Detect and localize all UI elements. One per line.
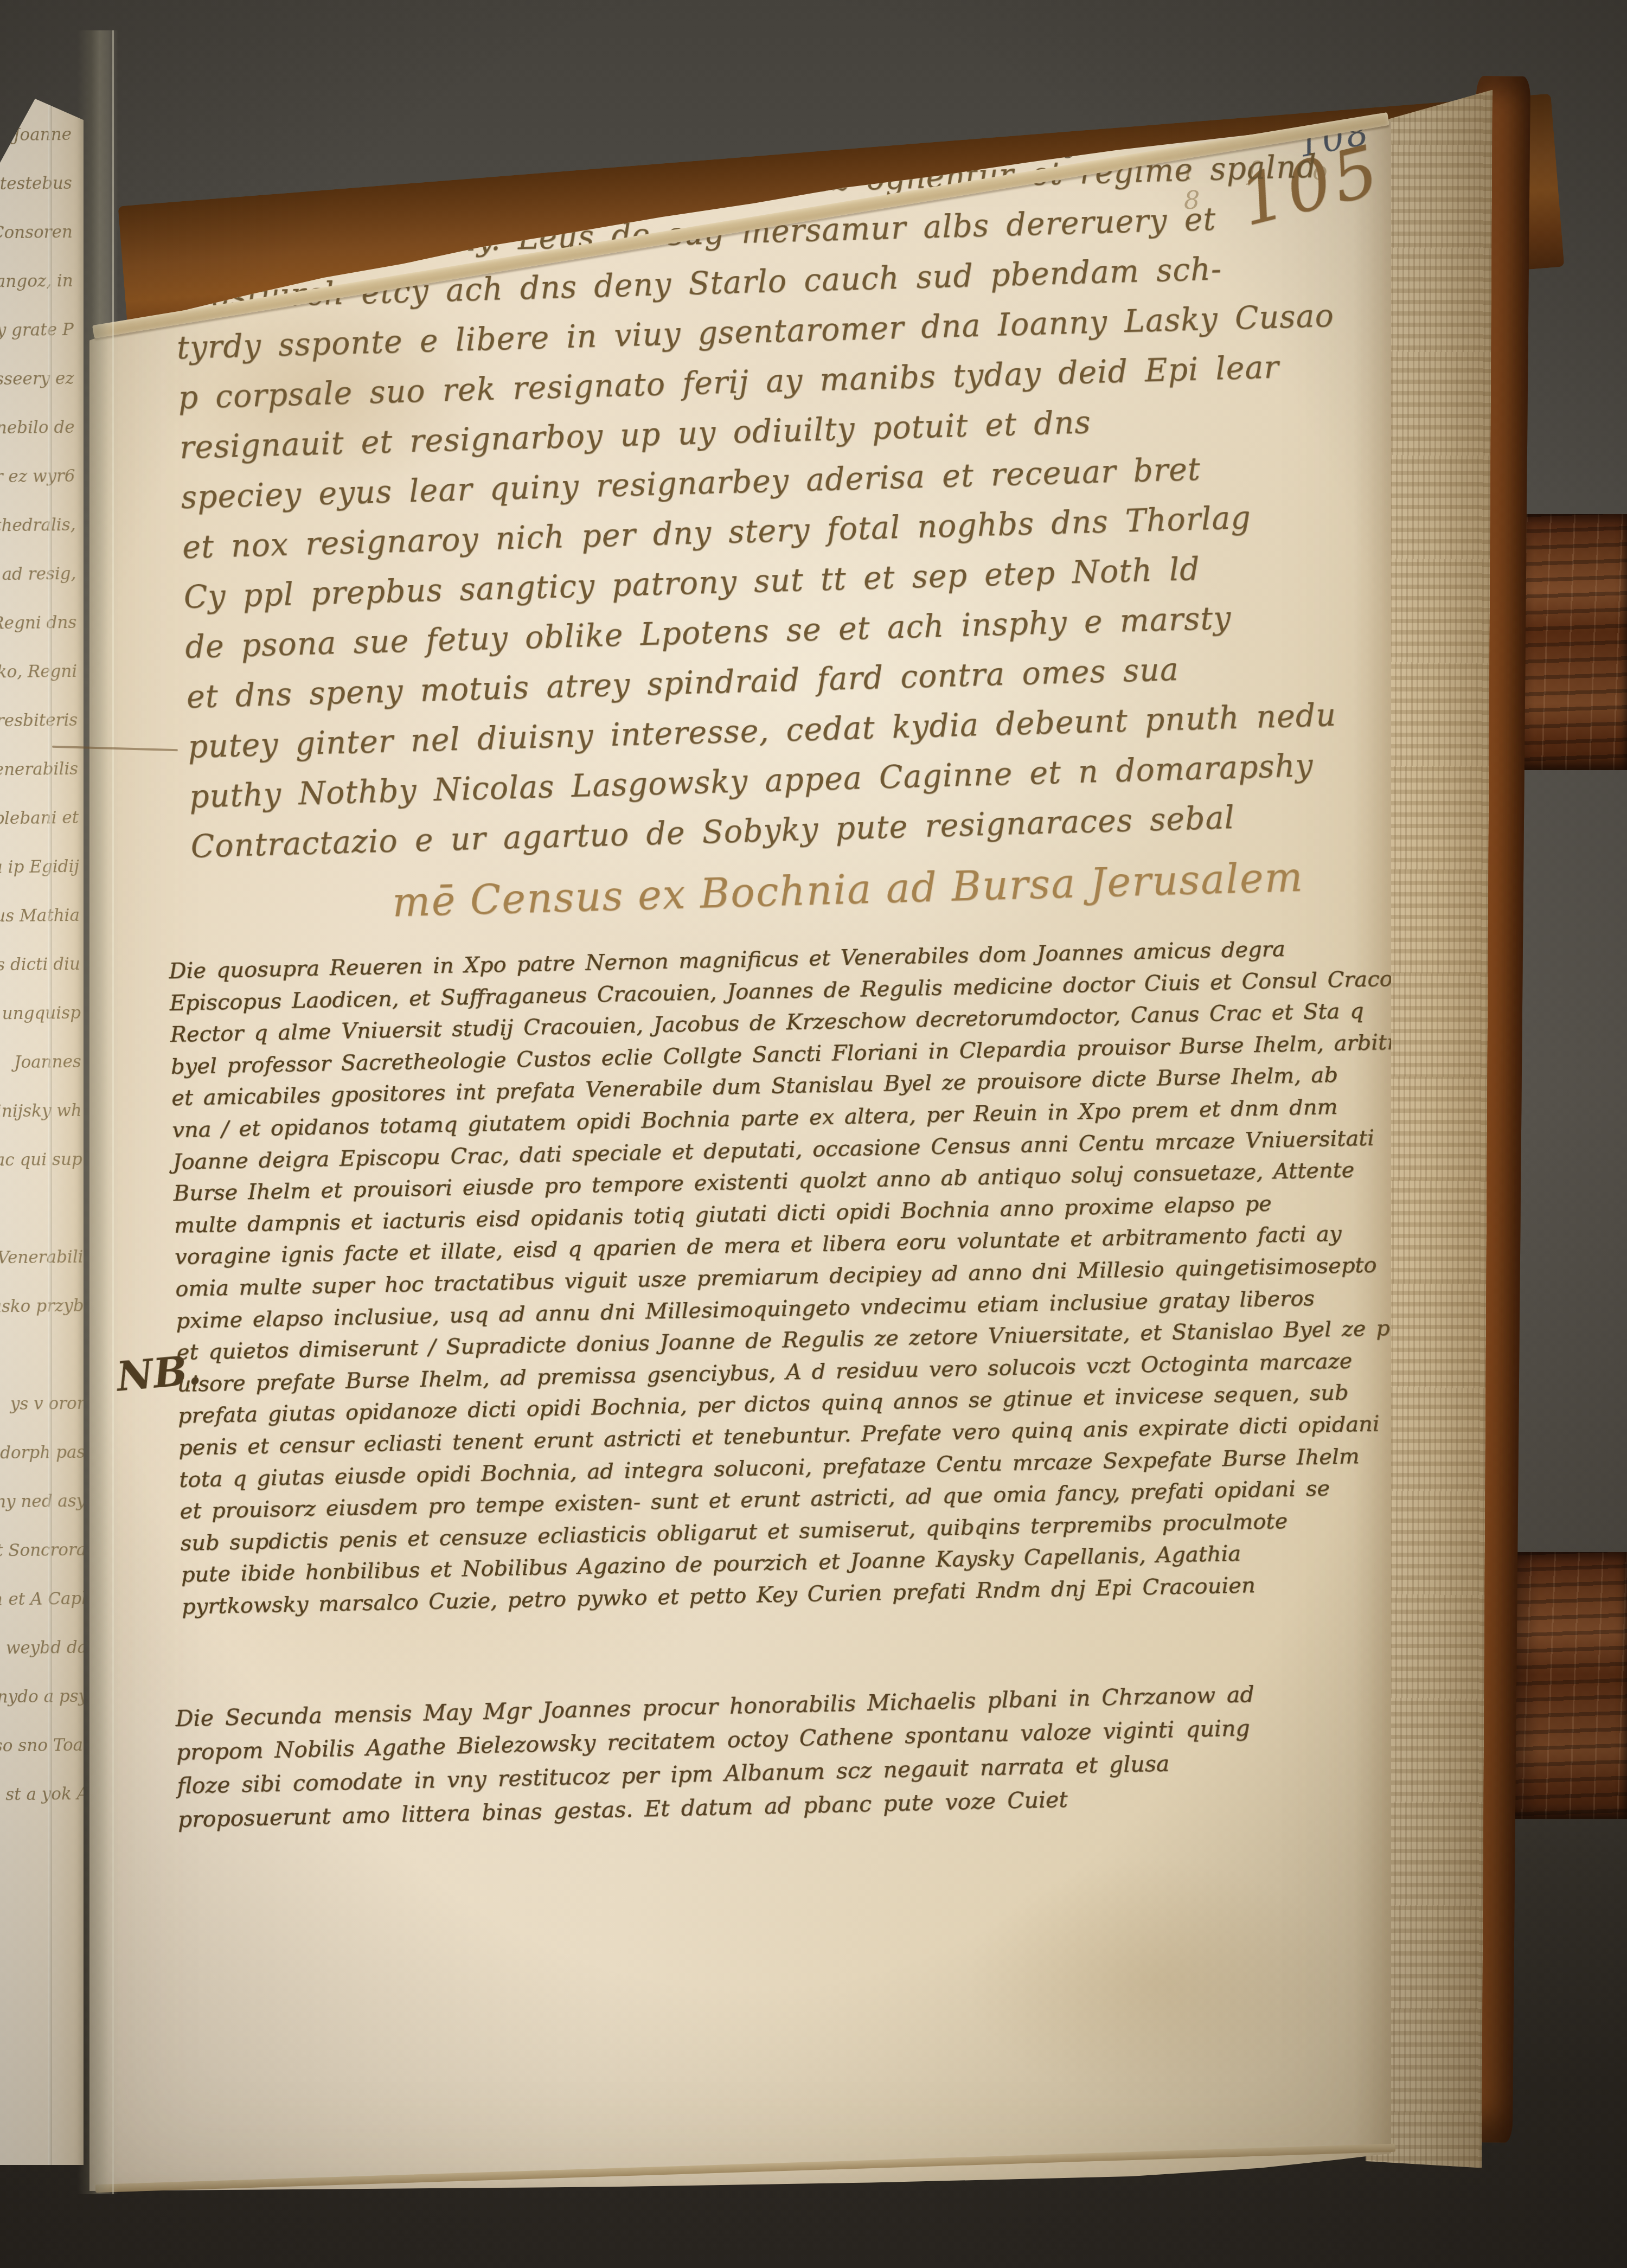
- facing-page-line: te Cathedralis,: [0, 501, 76, 553]
- facing-page-line: ibus Regni dns: [0, 598, 77, 650]
- facing-page-line: ned weybd da: [0, 1623, 84, 1675]
- facing-page-line: hs at Soncrora: [0, 1526, 84, 1578]
- facing-page-line: ncde ungquisp: [0, 989, 81, 1041]
- facing-page-line: dorph pas: [0, 1428, 84, 1480]
- facing-page-line: ny grate P: [0, 305, 74, 357]
- facing-page-line: chorzinijsky wh: [0, 1086, 82, 1138]
- facing-page-text: oral m Joanneta testebusssrige Consoreni…: [0, 110, 84, 1822]
- facing-page-line: de Crac qui sup: [0, 1135, 82, 1187]
- facing-page-line: st a yok A: [0, 1770, 84, 1822]
- facing-page-line: de Lasko, Regni: [0, 647, 78, 699]
- facing-page-line: Venerabili: [0, 1233, 84, 1285]
- facing-page-line: te Venerabilis: [0, 745, 79, 797]
- facing-page-line: benda ip Egidij: [0, 842, 80, 894]
- facing-page-line: ssrige Consoren: [0, 208, 73, 260]
- margin-note-nb: NB.: [115, 1347, 203, 1400]
- entry-2-text: Die quosupra Reueren in Xpo patre Nernon…: [169, 930, 1453, 1623]
- facing-page-line: Joannes: [0, 1037, 81, 1090]
- manuscript-page: c〰 ɾʋ ı ſ o 8 108 105 resig instituit et…: [89, 98, 1391, 2191]
- facing-page-line: suam plebani et: [0, 793, 79, 845]
- facing-page-line: de Lasko przyb: [0, 1282, 84, 1334]
- leather-strap-bottom: [1507, 1552, 1627, 1819]
- facing-page-line: rnebilo de: [0, 403, 75, 455]
- manuscript-photograph: oral m Joanneta testebusssrige Consoreni…: [0, 0, 1627, 2268]
- facing-page-line: y ny ned asy: [0, 1477, 84, 1529]
- facing-page-line: ta testebus: [0, 159, 72, 211]
- section-heading: mē Census ex Bochnia ad Bursa Jerusalem: [392, 854, 1304, 926]
- facing-page-line: manis dicti diu: [0, 940, 80, 992]
- facing-page-edge: oral m Joanneta testebusssrige Consoreni…: [0, 30, 84, 2165]
- facing-page-line: Luzius. ad resig,: [0, 549, 76, 601]
- entry-3-text: Die Secunda mensis May Mgr Joannes procu…: [175, 1677, 1257, 1836]
- facing-page-line: intsseery ez: [0, 354, 74, 406]
- facing-page-line: Conydo a psy: [0, 1672, 84, 1724]
- facing-page-line: sth et A Capl: [0, 1574, 84, 1626]
- facing-page-line: ar ez wyr6: [0, 452, 75, 504]
- facing-page-line: [0, 1184, 83, 1236]
- facing-page-line: dominus Mathia: [0, 891, 80, 943]
- facing-page-line: ntu presbiteris: [0, 696, 78, 748]
- facing-page-line: aniso sno Toal: [0, 1721, 84, 1773]
- facing-page-line: [0, 1330, 84, 1382]
- facing-page-line: ys v oror: [0, 1379, 84, 1431]
- facing-page-line: izy eangoz, in: [0, 257, 73, 309]
